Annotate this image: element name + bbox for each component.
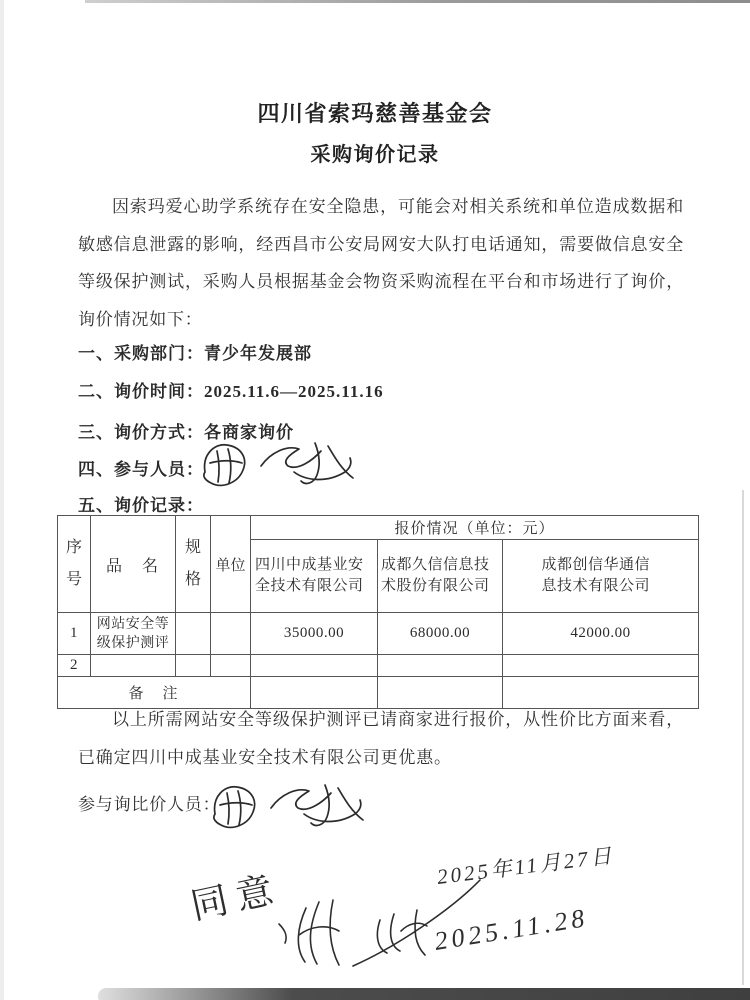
item-label: 三、询价方式： [78, 423, 204, 442]
intro-paragraph: 因索玛爱心助学系统存在安全隐患，可能会对相关系统和单位造成数据和敏感信息泄露的影… [78, 188, 684, 338]
cell-quote-2: 68000.00 [378, 613, 503, 655]
cell-quote-2 [378, 655, 503, 677]
scanned-document-page: 四川省索玛慈善基金会 采购询价记录 因索玛爱心助学系统存在安全隐患，可能会对相关… [0, 0, 750, 1000]
signature-scribble-bottom-1 [310, 902, 319, 964]
vendor-1: 四川中成基业安全技术有限公司 [251, 540, 378, 613]
cell-quote-3: 42000.00 [503, 613, 699, 655]
item-inquiry-record: 五、询价记录： [78, 491, 698, 516]
approval-comma-stroke [279, 924, 286, 943]
header-name: 品 名 [91, 516, 176, 613]
item-label: 二、询价时间： [78, 382, 204, 401]
table-row-quote-header: 序号 品 名 规格 单位 报价情况（单位：元） [58, 516, 699, 540]
cell-product-name [91, 655, 176, 677]
item-label: 一、采购部门： [78, 344, 204, 363]
approval-handwriting-block: 同意 2025年11月27日 2025.11.28 [148, 838, 648, 993]
signature-scribble-price-comparison [203, 776, 373, 838]
item-label: 五、询价记录： [78, 496, 204, 515]
table-row-2: 2 [58, 655, 699, 677]
cell-product-name: 网站安全等级保护测评 [91, 613, 176, 655]
approval-note: 同意 [187, 868, 286, 928]
conclusion-paragraph: 以上所需网站安全等级保护测评已请商家进行报价，从性价比方面来看，已确定四川中成基… [78, 701, 684, 776]
vendor-2: 成都久信信息技术股份有限公司 [378, 540, 503, 613]
price-comparison-participants-label: 参与询比价人员： [78, 790, 220, 815]
handwritten-date-note: 2025.11.28 [432, 903, 590, 956]
cell-quote-1 [251, 655, 378, 677]
cell-unit [211, 655, 251, 677]
vendor-3: 成都创信华通信息技术有限公司 [503, 540, 699, 613]
header-unit: 单位 [211, 516, 251, 613]
signature-scribble-bottom-2 [401, 923, 427, 931]
item-inquiry-time: 二、询价时间：2025.11.6—2025.11.16 [78, 377, 698, 402]
header-spec: 规格 [176, 516, 211, 613]
document-subtitle: 采购询价记录 [0, 138, 750, 167]
header-seq: 序号 [58, 516, 91, 613]
cell-unit [211, 613, 251, 655]
item-purchase-department: 一、采购部门：青少年发展部 [78, 339, 698, 364]
scan-edge-right [742, 490, 744, 985]
cell-seq: 2 [58, 655, 91, 677]
signature-scribble-bottom-1 [330, 900, 339, 965]
handwritten-date: 2025年11月27日 [436, 843, 616, 889]
document-title: 四川省索玛慈善基金会 [0, 97, 750, 128]
cell-seq: 1 [58, 613, 91, 655]
inquiry-table: 序号 品 名 规格 单位 报价情况（单位：元） 四川中成基业安全技术有限公司 成… [57, 515, 699, 709]
item-inquiry-method: 三、询价方式：各商家询价 [78, 418, 698, 443]
scan-edge-top [85, 0, 750, 3]
signature-scribble-bottom-2 [415, 910, 425, 955]
item-value: 青少年发展部 [204, 344, 312, 363]
item-participants: 四、参与人员： [78, 455, 698, 480]
cell-quote-3 [503, 655, 699, 677]
cell-spec [176, 613, 211, 655]
signature-scribble-bottom-1 [299, 927, 339, 935]
signature-scribble-participants [193, 434, 363, 496]
header-quote-group: 报价情况（单位：元） [251, 516, 699, 540]
item-label: 四、参与人员： [78, 460, 204, 479]
table-row-1: 1 网站安全等级保护测评 35000.00 68000.00 42000.00 [58, 613, 699, 655]
signature-scribble-bottom-2 [377, 920, 387, 953]
cell-quote-1: 35000.00 [251, 613, 378, 655]
item-value: 2025.11.6—2025.11.16 [204, 382, 384, 401]
cell-spec [176, 655, 211, 677]
